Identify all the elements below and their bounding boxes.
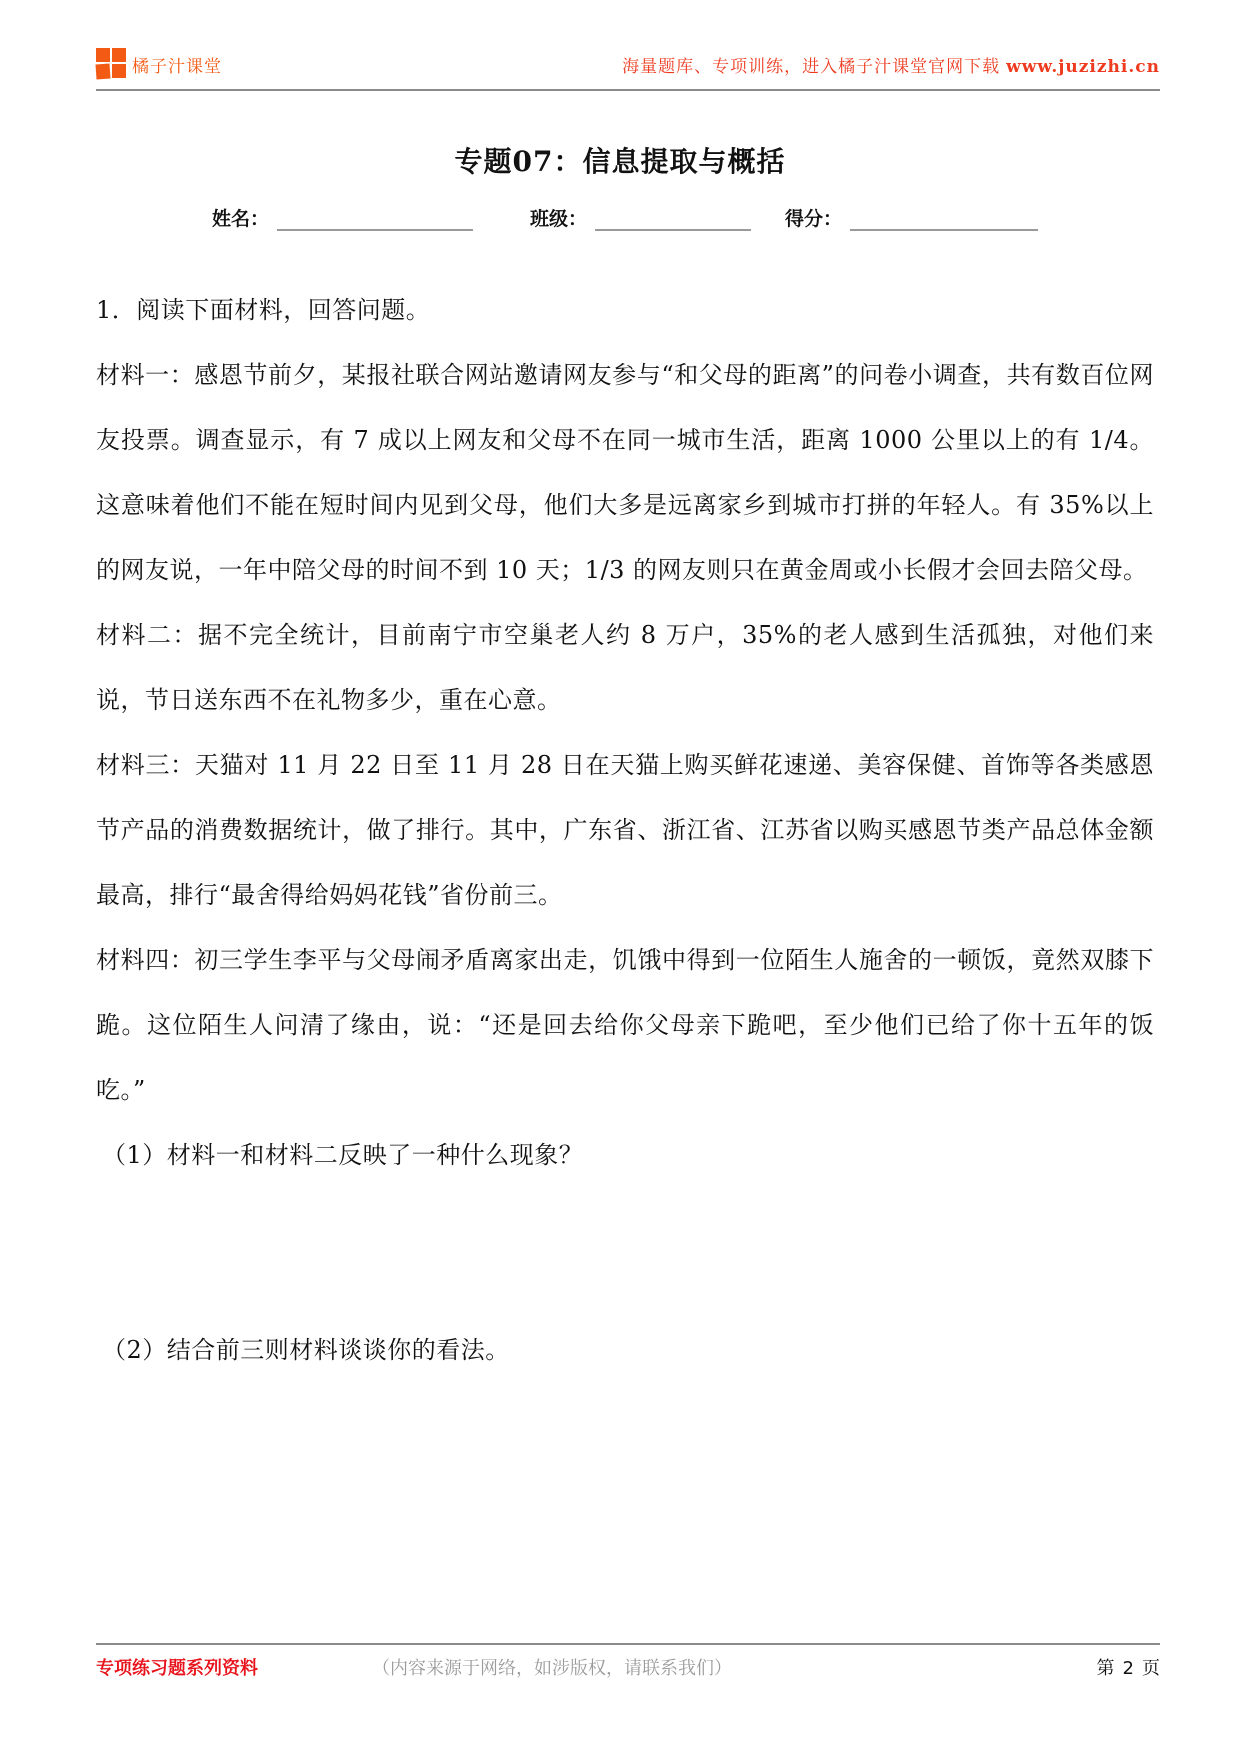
sub-question-2: （2）结合前三则材料谈谈你的看法。 (96, 1318, 1154, 1383)
material-3: 材料三：天猫对 11 月 22 日至 11 月 28 日在天猫上购买鲜花速递、美… (96, 733, 1154, 928)
material-1: 材料一：感恩节前夕，某报社联合网站邀请网友参与“和父母的距离”的问卷小调查，共有… (96, 343, 1154, 603)
page-suffix: 页 (1142, 1658, 1160, 1679)
logo-text: 橘子汁课堂 (132, 52, 222, 77)
page-prefix: 第 (1097, 1658, 1115, 1679)
footer-divider (96, 1643, 1160, 1645)
sub-question-1: （1）材料一和材料二反映了一种什么现象？ (96, 1123, 1154, 1188)
answer-space-1[interactable] (96, 1188, 1154, 1318)
website-link[interactable]: www.juzizhi.cn (1006, 57, 1160, 77)
question-content: 1．阅读下面材料，回答问题。 材料一：感恩节前夕，某报社联合网站邀请网友参与“和… (96, 278, 1154, 1383)
material-2: 材料二：据不完全统计，目前南宁市空巢老人约 8 万户，35%的老人感到生活孤独，… (96, 603, 1154, 733)
header-divider (96, 89, 1160, 91)
page-title: 专题07：信息提取与概括 (0, 140, 1240, 180)
score-blank[interactable] (850, 209, 1038, 231)
name-field: 姓名： (212, 204, 473, 231)
question-prompt: 1．阅读下面材料，回答问题。 (96, 278, 1154, 343)
logo-squares-icon (96, 48, 128, 80)
score-label: 得分： (785, 204, 842, 231)
page-number: 2 (1123, 1658, 1134, 1679)
material-4: 材料四：初三学生李平与父母闹矛盾离家出走，饥饿中得到一位陌生人施舍的一顿饭，竟然… (96, 928, 1154, 1123)
class-label: 班级： (530, 204, 587, 231)
copyright-note: （内容来源于网络，如涉版权，请联系我们） (372, 1654, 732, 1680)
page-footer: 专项练习题系列资料 （内容来源于网络，如涉版权，请联系我们） 第2页 (96, 1654, 1160, 1684)
page-indicator: 第2页 (1097, 1654, 1160, 1680)
header-slogan: 海量题库、专项训练，进入橘子汁课堂官网下载www.juzizhi.cn (622, 52, 1160, 77)
score-field: 得分： (785, 204, 1038, 231)
brand-logo: 橘子汁课堂 (96, 48, 222, 80)
student-info-row: 姓名： 班级： 得分： (0, 204, 1240, 236)
name-label: 姓名： (212, 204, 269, 231)
class-blank[interactable] (595, 209, 751, 231)
name-blank[interactable] (277, 209, 473, 231)
page-header: 橘子汁课堂 海量题库、专项训练，进入橘子汁课堂官网下载www.juzizhi.c… (96, 44, 1160, 90)
slogan-text: 海量题库、专项训练，进入橘子汁课堂官网下载 (622, 57, 1000, 77)
class-field: 班级： (530, 204, 751, 231)
series-label: 专项练习题系列资料 (96, 1654, 258, 1680)
